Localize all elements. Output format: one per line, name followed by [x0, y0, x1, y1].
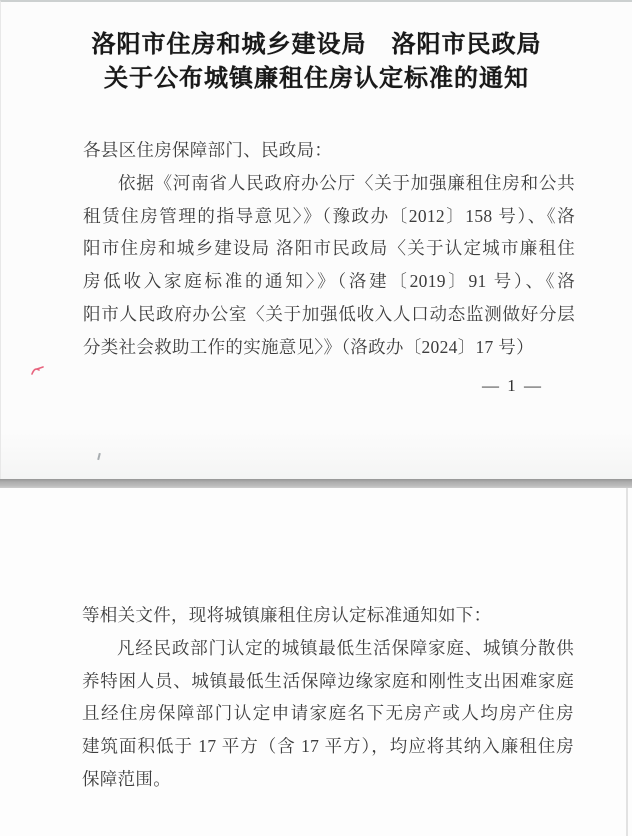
document-title-line-2: 关于公布城镇廉租住房认定标准的通知: [1, 62, 632, 96]
doc-line: 分类社会救助工作的实施意见〉》（洛政办〔2024〕17 号）: [83, 331, 575, 364]
doc-line: 依据《河南省人民政府办公厅〈关于加强廉租住房和公共: [83, 167, 575, 200]
doc-line: 养特困人员、城镇最低生活保障边缘家庭和刚性支出困难家庭: [82, 665, 574, 698]
doc-line: 租赁住房管理的指导意见〉》（豫政办〔2012〕158 号）、《洛: [83, 200, 575, 233]
doc-line: 建筑面积低于 17 平方（含 17 平方），均应将其纳入廉租住房: [82, 730, 574, 763]
doc-line: 阳市住房和城乡建设局 洛阳市民政局〈关于认定城市廉租住: [83, 232, 575, 265]
page-1-body: 各县区住房保障部门、民政局： 依据《河南省人民政府办公厅〈关于加强廉租住房和公共…: [83, 134, 575, 364]
doc-line: 房低收入家庭标准的通知〉》（洛建〔2019〕91 号）、《洛: [83, 265, 575, 298]
document-title-line-1: 洛阳市住房和城乡建设局 洛阳市民政局: [1, 28, 632, 62]
page-1: 洛阳市住房和城乡建设局 洛阳市民政局 关于公布城镇廉租住房认定标准的通知 各县区…: [0, 0, 632, 479]
red-ink-mark: [31, 363, 45, 374]
page-separator-band: [0, 479, 632, 488]
doc-line: 各县区住房保障部门、民政局：: [83, 134, 575, 167]
page-2: 等相关文件，现将城镇廉租住房认定标准通知如下： 凡经民政部门认定的城镇最低生活保…: [0, 488, 632, 836]
scanned-document-view: { "document": { "title": { "line1": "洛阳市…: [0, 0, 632, 836]
page-number: — 1 —: [482, 376, 543, 396]
page-bottom-shadow: [1, 431, 632, 479]
page-edge-line: [626, 488, 628, 836]
page-2-body: 等相关文件，现将城镇廉租住房认定标准通知如下： 凡经民政部门认定的城镇最低生活保…: [82, 599, 574, 796]
doc-line: 保障范围。: [82, 763, 574, 796]
doc-line: 等相关文件，现将城镇廉租住房认定标准通知如下：: [82, 599, 574, 632]
doc-line: 凡经民政部门认定的城镇最低生活保障家庭、城镇分散供: [82, 632, 574, 665]
doc-line: 且经住房保障部门认定申请家庭名下无房产或人均房产住房: [82, 697, 574, 730]
document-title: 洛阳市住房和城乡建设局 洛阳市民政局 关于公布城镇廉租住房认定标准的通知: [1, 28, 632, 96]
doc-line: 阳市人民政府办公室〈关于加强低收入人口动态监测做好分层: [83, 298, 575, 331]
